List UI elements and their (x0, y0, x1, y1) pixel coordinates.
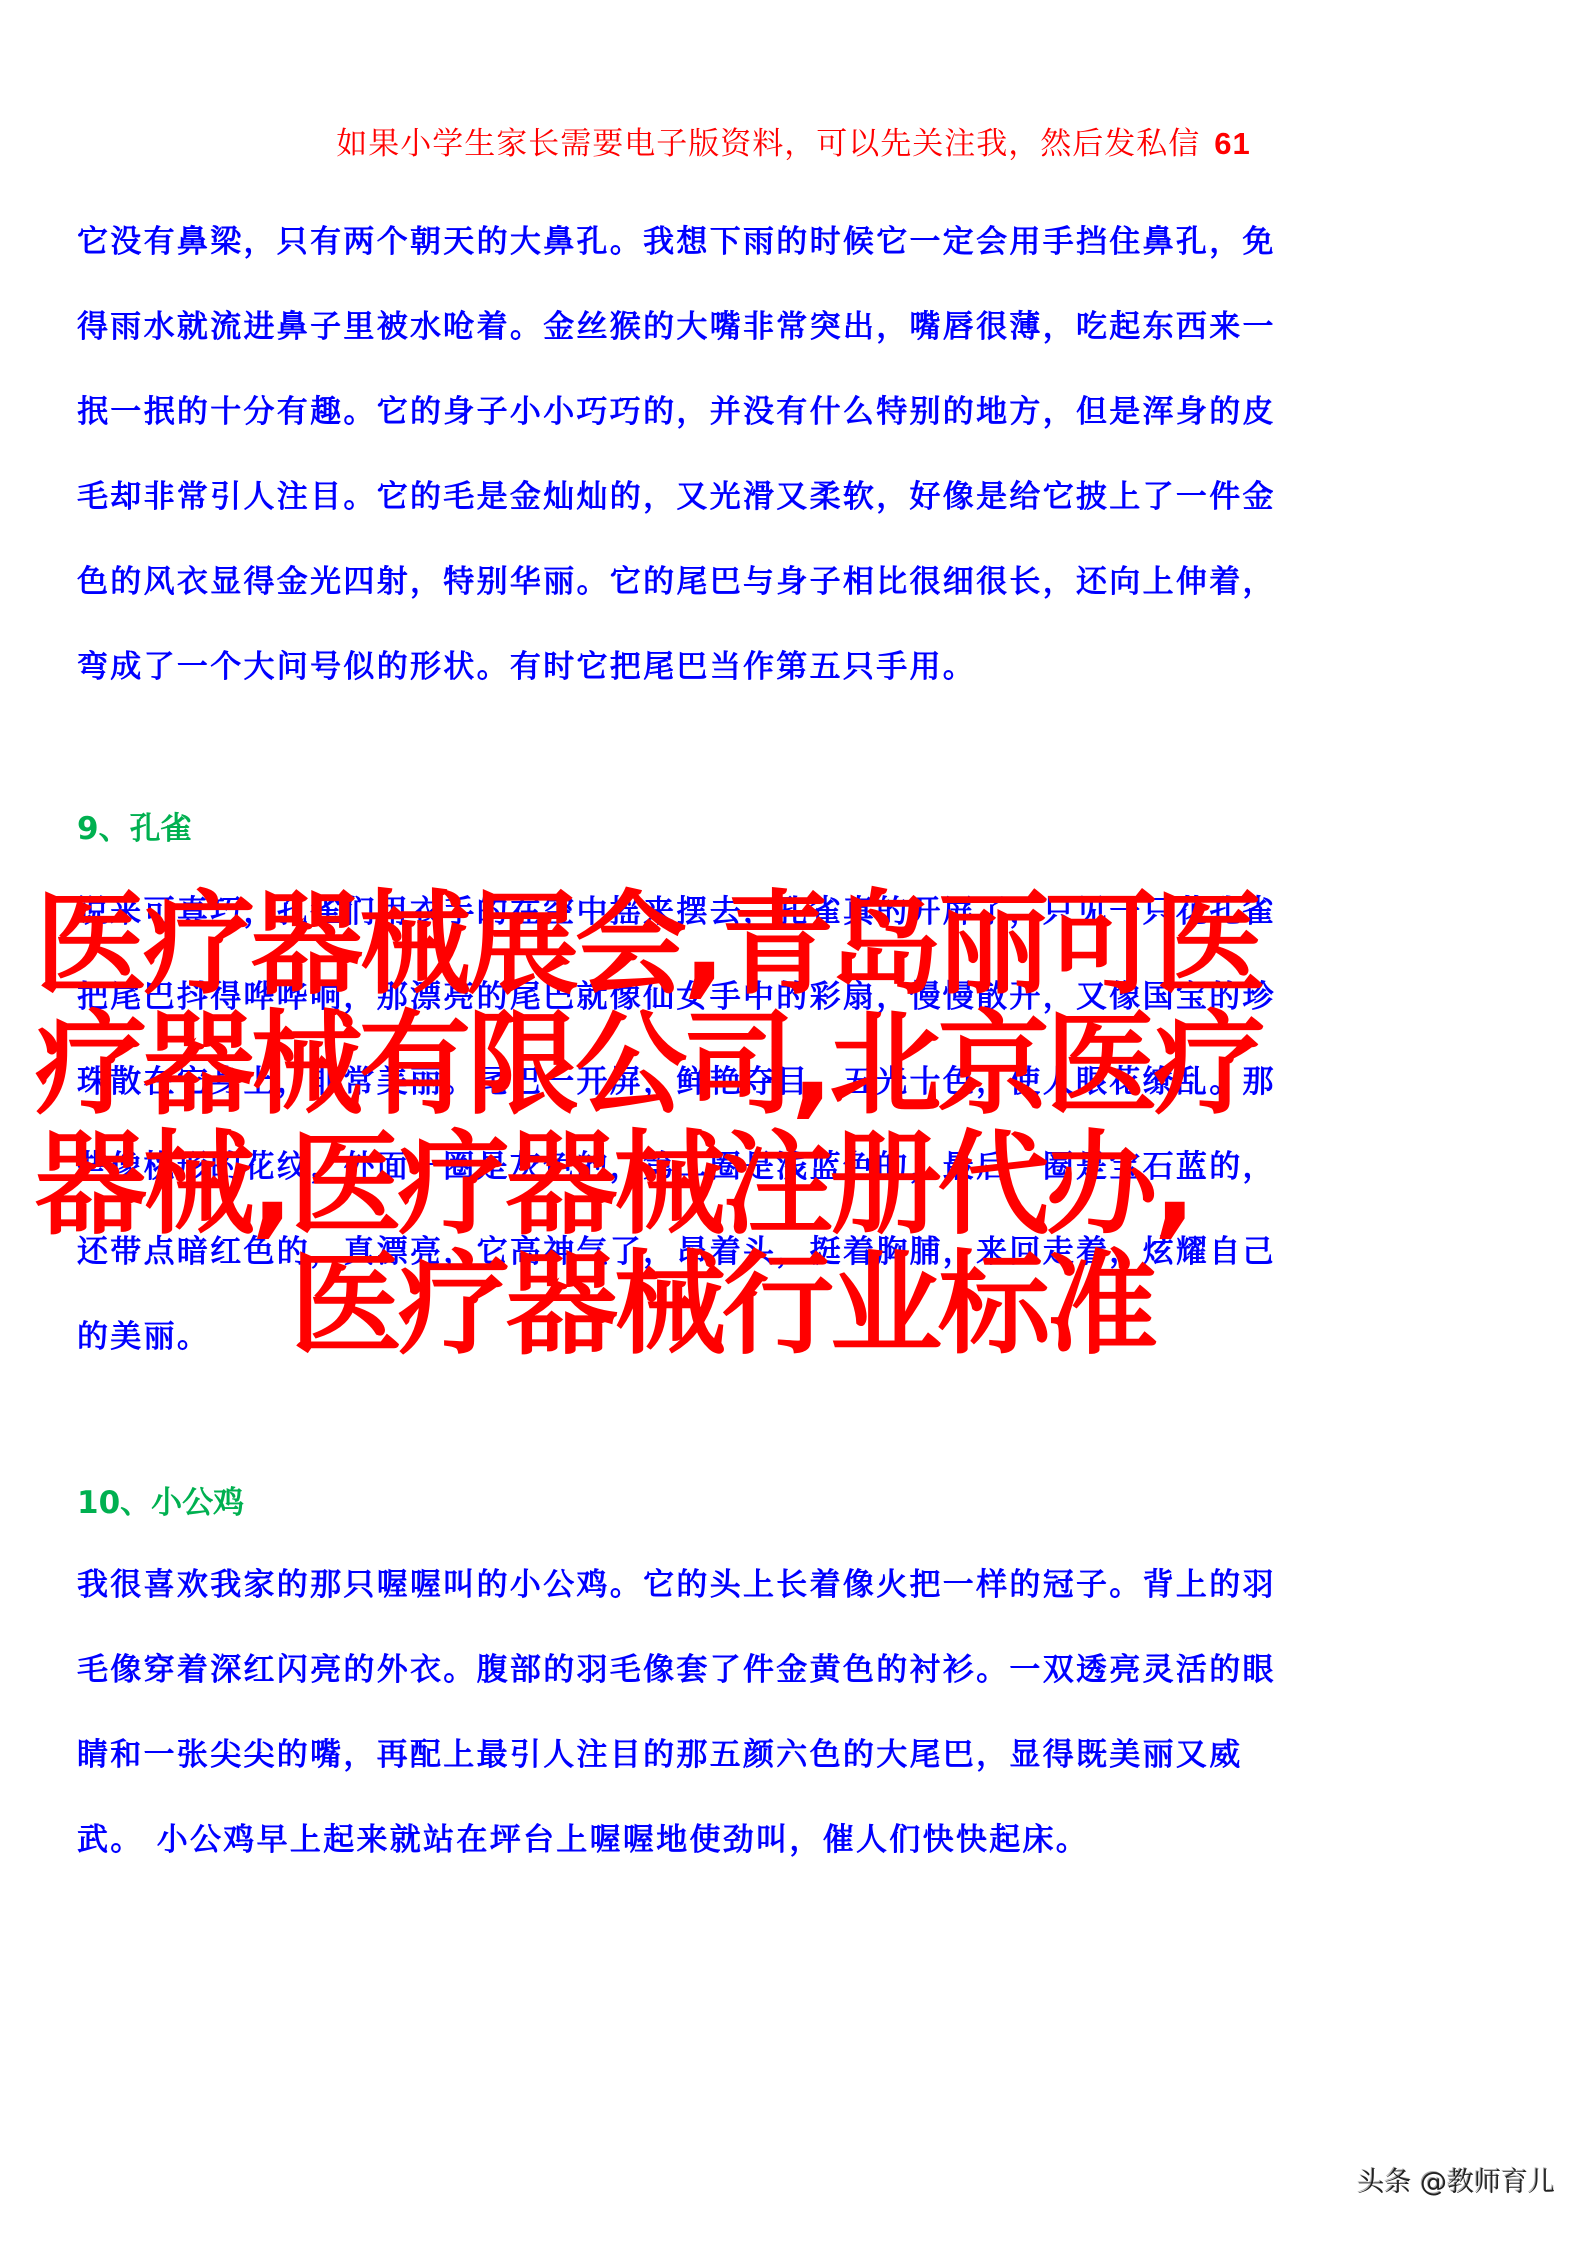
overlay-line: 医疗器械行业标准 (35, 1245, 1575, 1365)
section-heading-rooster: 10、小公鸡 (77, 1477, 244, 1522)
monkey-paragraph: 它没有鼻梁，只有两个朝天的大鼻孔。我想下雨的时候它一定会用手挡住鼻孔，免 得雨水… (77, 220, 1522, 730)
watermark: 头条 @教师育儿 (1357, 2160, 1555, 2199)
section-heading-peacock: 9、孔雀 (77, 803, 192, 848)
paragraph-line: 抿一抿的十分有趣。它的身子小小巧巧的，并没有什么特别的地方，但是浑身的皮 (77, 390, 1522, 475)
paragraph-line: 弯成了一个大问号似的形状。有时它把尾巴当作第五只手用。 (77, 645, 1522, 730)
paragraph-line: 我很喜欢我家的那只喔喔叫的小公鸡。它的头上长着像火把一样的冠子。背上的羽 (77, 1563, 1522, 1648)
spam-overlay-text: 医疗器械展会,青岛丽可医 疗器械有限公司,北京医疗 器械,医疗器械注册代办, 医… (35, 885, 1575, 1365)
paragraph-line: 它没有鼻梁，只有两个朝天的大鼻孔。我想下雨的时候它一定会用手挡住鼻孔，免 (77, 220, 1522, 305)
promo-header-text: 如果小学生家长需要电子版资料，可以先关注我，然后发私信 (336, 126, 1200, 162)
overlay-line: 医疗器械展会,青岛丽可医 (35, 885, 1575, 1005)
page-number: 61 (1214, 126, 1250, 161)
paragraph-line: 武。 小公鸡早上起来就站在坪台上喔喔地使劲叫，催人们快快起床。 (77, 1818, 1522, 1903)
promo-header: 如果小学生家长需要电子版资料，可以先关注我，然后发私信61 (0, 118, 1587, 163)
rooster-paragraph: 我很喜欢我家的那只喔喔叫的小公鸡。它的头上长着像火把一样的冠子。背上的羽 毛像穿… (77, 1563, 1522, 1903)
paragraph-line: 色的风衣显得金光四射，特别华丽。它的尾巴与身子相比很细很长，还向上伸着， (77, 560, 1522, 645)
overlay-line: 器械,医疗器械注册代办, (35, 1125, 1575, 1245)
paragraph-line: 毛像穿着深红闪亮的外衣。腹部的羽毛像套了件金黄色的衬衫。一双透亮灵活的眼 (77, 1648, 1522, 1733)
paragraph-line: 毛却非常引人注目。它的毛是金灿灿的，又光滑又柔软，好像是给它披上了一件金 (77, 475, 1522, 560)
paragraph-line: 睛和一张尖尖的嘴，再配上最引人注目的那五颜六色的大尾巴，显得既美丽又威 (77, 1733, 1522, 1818)
overlay-line: 疗器械有限公司,北京医疗 (35, 1005, 1575, 1125)
paragraph-line: 得雨水就流进鼻子里被水呛着。金丝猴的大嘴非常突出，嘴唇很薄，吃起东西来一 (77, 305, 1522, 390)
